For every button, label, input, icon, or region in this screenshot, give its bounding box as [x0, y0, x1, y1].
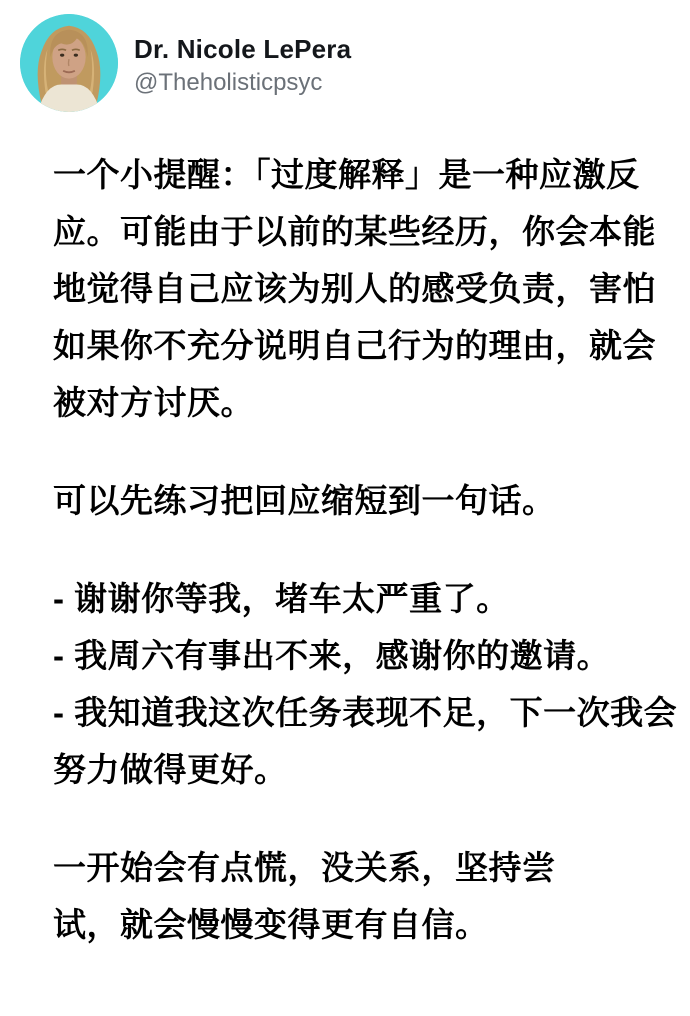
text-line: 地觉得自己应该为别人的感受负责，害怕	[53, 260, 662, 317]
text-line: 可以先练习把回应缩短到一句话。	[53, 472, 662, 529]
text-line: 试，就会慢慢变得更有自信。	[53, 896, 662, 953]
list-item: - 我知道我这次任务表现不足，下一次我会	[53, 684, 662, 741]
text-line: 一个小提醒：「过度解释」是一种应激反	[53, 146, 662, 203]
text-line: 一开始会有点慌，没关系，坚持尝	[53, 839, 662, 896]
list-item: - 谢谢你等我，堵车太严重了。	[53, 570, 662, 627]
user-handle[interactable]: @Theholisticpsyc	[134, 68, 351, 98]
text-line: 如果你不充分说明自己行为的理由，就会	[53, 317, 662, 374]
user-identity: Dr. Nicole LePera @Theholisticpsyc	[134, 28, 351, 98]
text-line: 被对方讨厌。	[53, 374, 662, 431]
list-item-continuation: 努力做得更好。	[53, 741, 662, 798]
paragraph-encouragement: 一开始会有点慌，没关系，坚持尝 试，就会慢慢变得更有自信。	[53, 839, 662, 953]
text-line: 应。可能由于以前的某些经历，你会本能	[53, 203, 662, 260]
avatar-photo-icon	[20, 14, 118, 112]
display-name[interactable]: Dr. Nicole LePera	[134, 34, 351, 65]
paragraph-reminder: 一个小提醒：「过度解释」是一种应激反 应。可能由于以前的某些经历，你会本能 地觉…	[53, 146, 662, 431]
tweet-header: Dr. Nicole LePera @Theholisticpsyc	[0, 0, 690, 112]
tweet-card: Dr. Nicole LePera @Theholisticpsyc 一个小提醒…	[0, 0, 690, 1016]
tweet-body: 一个小提醒：「过度解释」是一种应激反 应。可能由于以前的某些经历，你会本能 地觉…	[0, 146, 690, 953]
list-item: - 我周六有事出不来，感谢你的邀请。	[53, 627, 662, 684]
example-list: - 谢谢你等我，堵车太严重了。 - 我周六有事出不来，感谢你的邀请。 - 我知道…	[53, 570, 662, 798]
avatar[interactable]	[20, 14, 118, 112]
paragraph-practice: 可以先练习把回应缩短到一句话。	[53, 472, 662, 529]
